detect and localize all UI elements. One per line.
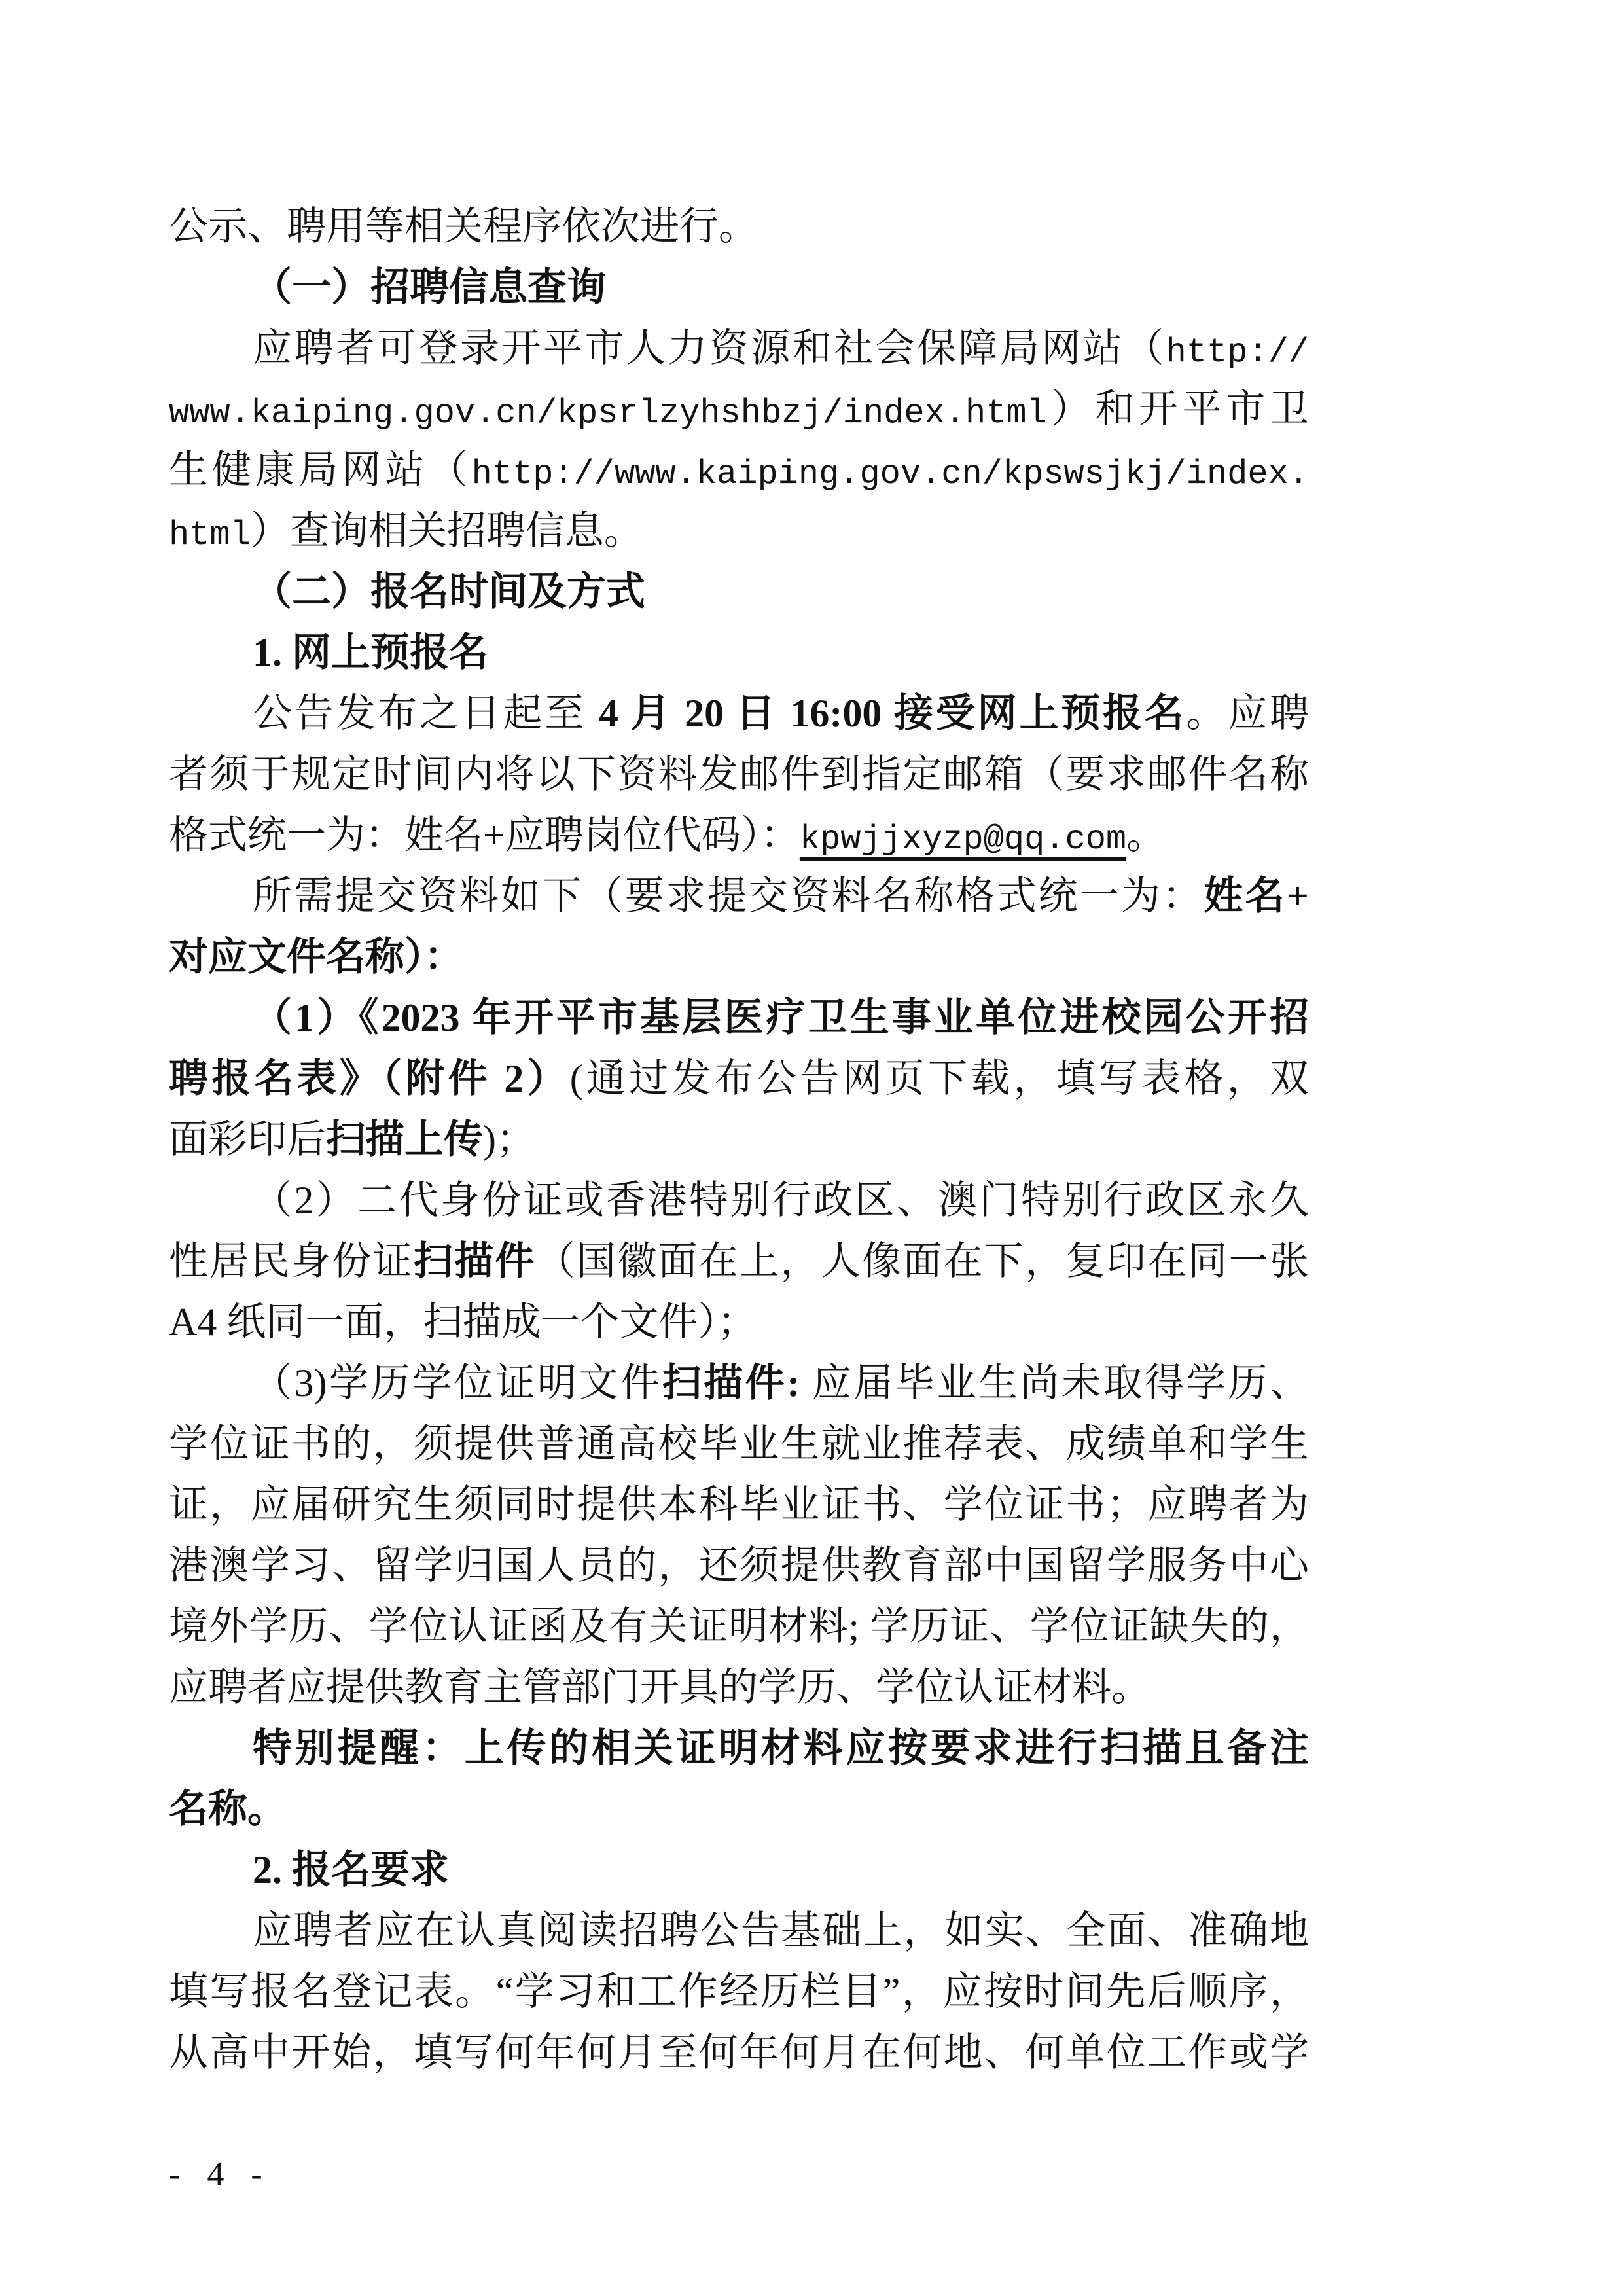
text-line: A4 纸同一面，扫描成一个文件）； [169,1292,1309,1353]
text-segment: （3)学历学位证明文件 [253,1361,662,1405]
text-segment: 应届毕业生尚未取得学历、 [800,1361,1309,1405]
document-body: 公示、聘用等相关程序依次进行。（一）招聘信息查询应聘者可登录开平市人力资源和社会… [169,196,1309,2083]
text-line: html）查询相关招聘信息。 [169,501,1309,562]
text-segment: 境外学历、学位认证函及有关证明材料; 学历证、学位证缺失的， [169,1605,1309,1648]
text-segment: A4 纸同一面，扫描成一个文件）； [169,1300,757,1344]
text-segment: 生健康局网站（ [169,448,472,492]
text-line: （2）二代身份证或香港特别行政区、澳门特别行政区永久 [169,1170,1309,1231]
document-page: 公示、聘用等相关程序依次进行。（一）招聘信息查询应聘者可登录开平市人力资源和社会… [0,0,1623,2296]
text-line: www.kaiping.gov.cn/kpsrlzyhshbzj/index.h… [169,379,1309,440]
text-segment: ）查询相关招聘信息。 [251,509,643,552]
text-segment: 所需提交资料如下（要求提交资料名称格式统一为： [253,874,1204,918]
text-line: 应聘者可登录开平市人力资源和社会保障局网站（http:// [169,318,1309,379]
text-segment: 港澳学习、留学归国人员的，还须提供教育部中国留学服务中心 [169,1544,1309,1587]
text-segment: 证，应届研究生须同时提供本科毕业证书、学位证书；应聘者为 [169,1483,1309,1526]
text-segment: 姓名+ [1204,874,1309,918]
text-line: 2. 报名要求 [169,1840,1309,1901]
page-number: - 4 - [169,2155,272,2195]
text-line: （一）招聘信息查询 [169,257,1309,318]
text-segment: 1. 网上预报名 [253,631,488,674]
text-line: 对应文件名称）： [169,927,1309,988]
text-line: （1）《2023 年开平市基层医疗卫生事业单位进校园公开招 [169,988,1309,1049]
text-segment: ）和开平市卫 [1047,387,1309,431]
text-segment: 性居民身份证 [169,1240,414,1283]
text-line: 公告发布之日起至 4 月 20 日 16:00 接受网上预报名。应聘 [169,683,1309,744]
text-segment: 对应文件名称）： [169,935,463,978]
text-line: 面彩印后扫描上传)； [169,1109,1309,1170]
text-segment: http://www.kaiping.gov.cn/kpswsjkj/index… [472,455,1309,493]
text-line: 境外学历、学位认证函及有关证明材料; 学历证、学位证缺失的， [169,1596,1309,1657]
text-segment: 公示、聘用等相关程序依次进行。 [169,205,758,248]
text-segment: 公告发布之日起至 [253,692,599,735]
text-segment: （1）《2023 年开平市基层医疗卫生事业单位进校园公开招 [253,996,1309,1039]
text-line: 填写报名登记表。“学习和工作经历栏目”，应按时间先后顺序， [169,1962,1309,2022]
text-segment: 扫描件 [414,1240,536,1283]
text-segment: 扫描件: [662,1361,800,1405]
text-line: 应聘者应提供教育主管部门开具的学历、学位认证材料。 [169,1657,1309,1718]
text-line: 生健康局网站（http://www.kaiping.gov.cn/kpswsjk… [169,440,1309,501]
text-line: 聘报名表》（附件 2）(通过发布公告网页下载，填写表格，双 [169,1049,1309,1109]
text-segment: 格式统一为：姓名+应聘岗位代码）： [169,814,800,857]
text-line: 格式统一为：姓名+应聘岗位代码）：kpwjjxyzp@qq.com。 [169,805,1309,866]
text-segment: （二）报名时间及方式 [253,570,645,613]
text-line: （二）报名时间及方式 [169,562,1309,622]
text-line: 证，应届研究生须同时提供本科毕业证书、学位证书；应聘者为 [169,1475,1309,1535]
text-segment: 。 [1126,814,1166,857]
text-line: （3)学历学位证明文件扫描件: 应届毕业生尚未取得学历、 [169,1353,1309,1414]
text-segment: 面彩印后 [169,1118,326,1161]
text-line: 公示、聘用等相关程序依次进行。 [169,196,1309,257]
text-line: 者须于规定时间内将以下资料发邮件到指定邮箱（要求邮件名称 [169,744,1309,805]
text-line: 名称。 [169,1779,1309,1840]
text-segment: （2）二代身份证或香港特别行政区、澳门特别行政区永久 [253,1179,1309,1222]
text-line: 从高中开始，填写何年何月至何年何月在何地、何单位工作或学 [169,2022,1309,2083]
text-segment: http:// [1166,333,1309,372]
text-segment: 者须于规定时间内将以下资料发邮件到指定邮箱（要求邮件名称 [169,753,1309,796]
text-segment: （一）招聘信息查询 [253,266,606,309]
text-segment: www.kaiping.gov.cn/kpsrlzyhshbzj/index.h… [169,394,1047,433]
text-segment: 2. 报名要求 [253,1848,449,1892]
text-segment: 。应聘 [1186,692,1310,735]
text-line: 1. 网上预报名 [169,622,1309,683]
text-segment: 特别提醒：上传的相关证明材料应按要求进行扫描且备注 [253,1727,1309,1770]
text-segment: 聘报名表》（附件 2） [169,1057,570,1100]
text-segment: html [169,516,251,554]
text-segment: 应聘者可登录开平市人力资源和社会保障局网站（ [253,327,1166,370]
text-line: 应聘者应在认真阅读招聘公告基础上，如实、全面、准确地 [169,1901,1309,1962]
text-segment: 学位证书的，须提供普通高校毕业生就业推荐表、成绩单和学生 [169,1422,1309,1465]
text-line: 港澳学习、留学归国人员的，还须提供教育部中国留学服务中心 [169,1535,1309,1596]
email-text: kpwjjxyzp@qq.com [800,820,1126,859]
text-segment: )； [483,1118,535,1161]
text-segment: (通过发布公告网页下载，填写表格，双 [570,1057,1309,1100]
text-segment: 扫描上传 [326,1118,483,1161]
text-segment: 名称。 [169,1787,287,1831]
text-line: 所需提交资料如下（要求提交资料名称格式统一为：姓名+ [169,866,1309,927]
text-segment: 从高中开始，填写何年何月至何年何月在何地、何单位工作或学 [169,2031,1309,2074]
text-segment: 填写报名登记表。“学习和工作经历栏目”，应按时间先后顺序， [169,1970,1309,2013]
text-segment: 4 月 20 日 16:00 接受网上预报名 [599,692,1186,735]
text-line: 特别提醒：上传的相关证明材料应按要求进行扫描且备注 [169,1718,1309,1779]
text-line: 性居民身份证扫描件（国徽面在上，人像面在下，复印在同一张 [169,1231,1309,1292]
text-line: 学位证书的，须提供普通高校毕业生就业推荐表、成绩单和学生 [169,1414,1309,1475]
text-segment: 应聘者应在认真阅读招聘公告基础上，如实、全面、准确地 [253,1909,1309,1952]
text-segment: 应聘者应提供教育主管部门开具的学历、学位认证材料。 [169,1666,1150,1709]
text-segment: （国徽面在上，人像面在下，复印在同一张 [536,1240,1309,1283]
